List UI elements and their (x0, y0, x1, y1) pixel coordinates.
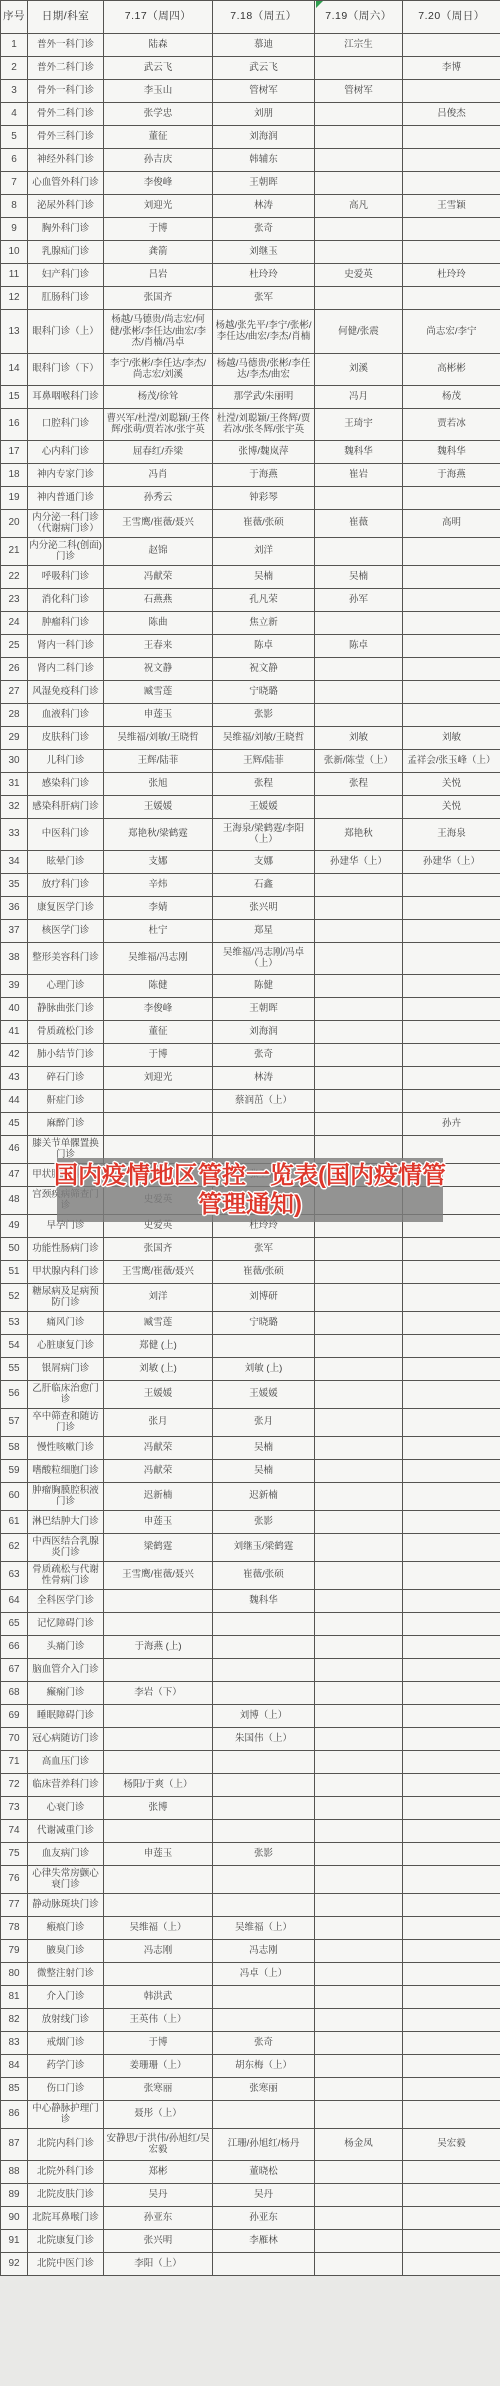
table-row: 34眩晕门诊支娜支娜孙建华（上）孙建华（上） (1, 850, 500, 873)
schedule-cell-7-18: 孔凡荣 (213, 588, 315, 611)
schedule-cell-7-19 (315, 896, 403, 919)
schedule-cell-7-20 (403, 1750, 500, 1773)
row-number-cell: 15 (1, 385, 28, 408)
row-number-cell: 91 (1, 2229, 28, 2252)
schedule-cell-7-18: 刘洋 (213, 537, 315, 565)
schedule-cell-7-17: 陈曲 (104, 611, 213, 634)
department-cell: 骨质疏松与代谢性骨病门诊 (28, 1561, 104, 1589)
schedule-cell-7-18: 郑星 (213, 919, 315, 942)
schedule-cell-7-20 (403, 2077, 500, 2100)
schedule-cell-7-17 (104, 1589, 213, 1612)
department-cell: 冠心病随访门诊 (28, 1727, 104, 1750)
schedule-cell-7-17: 曹兴军/杜滢/刘聪颖/王佟辉/张萌/贾若冰/张宇英 (104, 408, 213, 440)
schedule-cell-7-18 (213, 2252, 315, 2275)
table-row: 77静动脉斑块门诊 (1, 1893, 500, 1916)
row-number-cell: 75 (1, 1842, 28, 1865)
schedule-cell-7-17: 孙亚东 (104, 2206, 213, 2229)
schedule-cell-7-20 (403, 1260, 500, 1283)
schedule-cell-7-18: 吴丹 (213, 2183, 315, 2206)
schedule-cell-7-18 (213, 2008, 315, 2031)
department-cell: 肺小结节门诊 (28, 1043, 104, 1066)
schedule-cell-7-17: 屈春红/乔梁 (104, 440, 213, 463)
schedule-cell-7-18 (213, 2100, 315, 2128)
department-cell: 心衰门诊 (28, 1796, 104, 1819)
table-row: 10乳腺疝门诊龚箭刘继玉 (1, 241, 500, 264)
table-row: 82放射线门诊王英伟（上） (1, 2008, 500, 2031)
schedule-cell-7-20 (403, 2031, 500, 2054)
table-row: 76心律失常房颤心衰门诊 (1, 1865, 500, 1893)
table-row: 15耳鼻咽喉科门诊杨茂/徐耸那学武/朱丽明冯月杨茂 (1, 385, 500, 408)
row-number-cell: 42 (1, 1043, 28, 1066)
table-row: 17心内科门诊屈春红/乔梁张博/魏岚萍魏科华魏科华 (1, 440, 500, 463)
row-number-cell: 10 (1, 241, 28, 264)
schedule-cell-7-19 (315, 680, 403, 703)
row-number-cell: 23 (1, 588, 28, 611)
schedule-cell-7-17: 李俊峰 (104, 172, 213, 195)
schedule-cell-7-20 (403, 1311, 500, 1334)
schedule-cell-7-19 (315, 1561, 403, 1589)
row-number-cell: 44 (1, 1089, 28, 1112)
schedule-cell-7-17: 迟新楠 (104, 1482, 213, 1510)
schedule-cell-7-20 (403, 1334, 500, 1357)
schedule-cell-7-19 (315, 1727, 403, 1750)
department-cell: 静脉曲张门诊 (28, 997, 104, 1020)
schedule-cell-7-19 (315, 2229, 403, 2252)
row-number-cell: 58 (1, 1436, 28, 1459)
row-number-cell: 7 (1, 172, 28, 195)
schedule-cell-7-20 (403, 1066, 500, 1089)
department-cell: 神内专家门诊 (28, 463, 104, 486)
row-number-cell: 37 (1, 919, 28, 942)
schedule-cell-7-17: 孙秀云 (104, 486, 213, 509)
schedule-cell-7-17: 吴丹 (104, 2183, 213, 2206)
schedule-cell-7-20 (403, 1561, 500, 1589)
table-row: 4骨外二科门诊张学忠刘朋吕俊杰 (1, 103, 500, 126)
table-row: 30儿科门诊王辉/陆菲王辉/陆菲张新/陈莹（上）孟祥会/张玉峰（上） (1, 749, 500, 772)
table-row: 89北院皮肤门诊吴丹吴丹 (1, 2183, 500, 2206)
schedule-cell-7-20 (403, 1704, 500, 1727)
schedule-cell-7-18: 杨越/马德贵/张彬/李任达/李杰/曲宏 (213, 353, 315, 385)
schedule-cell-7-18: 钟彩琴 (213, 486, 315, 509)
schedule-cell-7-18: 张程 (213, 772, 315, 795)
schedule-cell-7-17: 韩洪武 (104, 1985, 213, 2008)
department-cell: 中医科门诊 (28, 818, 104, 850)
schedule-cell-7-20 (403, 1727, 500, 1750)
schedule-cell-7-17: 龚箭 (104, 241, 213, 264)
watermark-line-2: 管理通知) (198, 1190, 302, 1219)
department-cell: 神内普通门诊 (28, 486, 104, 509)
row-number-cell: 19 (1, 486, 28, 509)
department-cell: 慢性咳嗽门诊 (28, 1436, 104, 1459)
table-row: 8泌尿外科门诊刘迎光林涛高凡王雪颖 (1, 195, 500, 218)
schedule-cell-7-20 (403, 2054, 500, 2077)
schedule-cell-7-20 (403, 1533, 500, 1561)
schedule-cell-7-20 (403, 1681, 500, 1704)
schedule-cell-7-18: 张奇 (213, 2031, 315, 2054)
schedule-cell-7-17: 申莲玉 (104, 1842, 213, 1865)
schedule-cell-7-19 (315, 1311, 403, 1334)
header-7-17: 7.17（周四） (104, 1, 213, 34)
schedule-cell-7-18: 陈卓 (213, 634, 315, 657)
department-cell: 碎石门诊 (28, 1066, 104, 1089)
department-cell: 普外一科门诊 (28, 34, 104, 57)
schedule-cell-7-20 (403, 241, 500, 264)
department-cell: 头痛门诊 (28, 1635, 104, 1658)
department-cell: 中西医结合乳腺炎门诊 (28, 1533, 104, 1561)
table-row: 27风湿免疫科门诊臧雪莲宁晓璐 (1, 680, 500, 703)
schedule-cell-7-20 (403, 1939, 500, 1962)
row-number-cell: 8 (1, 195, 28, 218)
schedule-cell-7-20: 于海燕 (403, 463, 500, 486)
schedule-cell-7-19 (315, 1089, 403, 1112)
schedule-cell-7-20 (403, 1819, 500, 1842)
schedule-cell-7-19 (315, 2077, 403, 2100)
schedule-cell-7-19 (315, 1773, 403, 1796)
schedule-cell-7-19 (315, 2031, 403, 2054)
table-row: 2普外二科门诊武云飞武云飞李博 (1, 57, 500, 80)
table-row: 83戒烟门诊于博张奇 (1, 2031, 500, 2054)
table-row: 75血友病门诊申莲玉张影 (1, 1842, 500, 1865)
row-number-cell: 12 (1, 287, 28, 310)
schedule-cell-7-17: 杨茂/徐耸 (104, 385, 213, 408)
row-number-cell: 57 (1, 1408, 28, 1436)
table-row: 11妇产科门诊吕岩杜玲玲史爱英杜玲玲 (1, 264, 500, 287)
schedule-cell-7-18 (213, 1773, 315, 1796)
department-cell: 神经外科门诊 (28, 149, 104, 172)
row-number-cell: 86 (1, 2100, 28, 2128)
department-cell: 眩晕门诊 (28, 850, 104, 873)
schedule-cell-7-20 (403, 873, 500, 896)
schedule-cell-7-19 (315, 1865, 403, 1893)
table-row: 86中心静脉护理门诊聂彤（上） (1, 2100, 500, 2128)
row-number-cell: 50 (1, 1237, 28, 1260)
schedule-cell-7-18 (213, 1819, 315, 1842)
department-cell: 心血管外科门诊 (28, 172, 104, 195)
department-cell: 口腔科门诊 (28, 408, 104, 440)
row-number-cell: 13 (1, 310, 28, 354)
row-number-cell: 17 (1, 440, 28, 463)
row-number-cell: 14 (1, 353, 28, 385)
schedule-cell-7-20 (403, 997, 500, 1020)
department-cell: 腋臭门诊 (28, 1939, 104, 1962)
duty-schedule-table: 序号 日期/科室 7.17（周四） 7.18（周五） 7.19（周六） 7.20… (0, 0, 500, 2276)
schedule-cell-7-18 (213, 1681, 315, 1704)
schedule-cell-7-19 (315, 57, 403, 80)
table-row: 69睡眠障碍门诊刘博（上） (1, 1704, 500, 1727)
schedule-cell-7-19 (315, 1704, 403, 1727)
table-row: 54心脏康复门诊郑健 (上) (1, 1334, 500, 1357)
schedule-cell-7-18: 崔薇/张硕 (213, 509, 315, 537)
department-cell: 高血压门诊 (28, 1750, 104, 1773)
schedule-cell-7-19 (315, 942, 403, 974)
row-number-cell: 85 (1, 2077, 28, 2100)
row-number-cell: 78 (1, 1916, 28, 1939)
table-row: 1普外一科门诊陆森慕迪江宗生 (1, 34, 500, 57)
schedule-cell-7-19: 崔岩 (315, 463, 403, 486)
department-cell: 临床营养科门诊 (28, 1773, 104, 1796)
schedule-cell-7-19 (315, 1020, 403, 1043)
schedule-cell-7-20: 杜玲玲 (403, 264, 500, 287)
schedule-cell-7-17: 臧雪莲 (104, 680, 213, 703)
schedule-cell-7-17: 王媛媛 (104, 795, 213, 818)
row-number-cell: 35 (1, 873, 28, 896)
table-row: 59嗜酸粒细胞门诊冯献荣吴楠 (1, 1459, 500, 1482)
table-row: 72临床营养科门诊杨阳/于爽（上） (1, 1773, 500, 1796)
schedule-cell-7-20 (403, 2160, 500, 2183)
department-cell: 记忆障碍门诊 (28, 1612, 104, 1635)
row-number-cell: 11 (1, 264, 28, 287)
schedule-cell-7-17: 于博 (104, 218, 213, 241)
row-number-cell: 61 (1, 1510, 28, 1533)
table-row: 55银屑病门诊刘敏 (上)刘敏 (上) (1, 1357, 500, 1380)
schedule-cell-7-20 (403, 1962, 500, 1985)
schedule-cell-7-20 (403, 1658, 500, 1681)
schedule-cell-7-18: 冯卓（上） (213, 1962, 315, 1985)
department-cell: 骨质疏松门诊 (28, 1020, 104, 1043)
table-row: 79腋臭门诊冯志刚冯志刚 (1, 1939, 500, 1962)
schedule-cell-7-19 (315, 1635, 403, 1658)
header-7-19: 7.19（周六） (315, 1, 403, 34)
table-row: 60肿瘤胸膜腔积液门诊迟新楠迟新楠 (1, 1482, 500, 1510)
row-number-cell: 16 (1, 408, 28, 440)
schedule-cell-7-18 (213, 1985, 315, 2008)
schedule-cell-7-18 (213, 1796, 315, 1819)
schedule-cell-7-18: 李雁林 (213, 2229, 315, 2252)
row-number-cell: 47 (1, 1163, 28, 1186)
schedule-cell-7-18: 刘敏 (上) (213, 1357, 315, 1380)
schedule-cell-7-18: 张奇 (213, 218, 315, 241)
schedule-cell-7-18: 林涛 (213, 195, 315, 218)
schedule-cell-7-19 (315, 537, 403, 565)
schedule-cell-7-19 (315, 1408, 403, 1436)
schedule-cell-7-18: 朱国伟（上） (213, 1727, 315, 1750)
schedule-cell-7-19 (315, 1510, 403, 1533)
schedule-cell-7-18: 刘继玉/梁鹤霆 (213, 1533, 315, 1561)
row-number-cell: 6 (1, 149, 28, 172)
department-cell: 心内科门诊 (28, 440, 104, 463)
department-cell: 骨外三科门诊 (28, 126, 104, 149)
department-cell: 肾内二科门诊 (28, 657, 104, 680)
row-number-cell: 43 (1, 1066, 28, 1089)
department-cell: 放疗科门诊 (28, 873, 104, 896)
schedule-cell-7-19: 张新/陈莹（上） (315, 749, 403, 772)
schedule-cell-7-17: 申莲玉 (104, 703, 213, 726)
schedule-cell-7-19 (315, 997, 403, 1020)
schedule-cell-7-20: 魏科华 (403, 440, 500, 463)
schedule-cell-7-19 (315, 1681, 403, 1704)
schedule-cell-7-20 (403, 2183, 500, 2206)
header-row: 序号 日期/科室 7.17（周四） 7.18（周五） 7.19（周六） 7.20… (1, 1, 500, 34)
schedule-cell-7-18: 张影 (213, 1510, 315, 1533)
schedule-cell-7-20 (403, 1283, 500, 1311)
table-row: 74代谢减重门诊 (1, 1819, 500, 1842)
table-row: 91北院康复门诊张兴明李雁林 (1, 2229, 500, 2252)
schedule-cell-7-17: 赵锦 (104, 537, 213, 565)
department-cell: 介入门诊 (28, 1985, 104, 2008)
schedule-cell-7-18: 迟新楠 (213, 1482, 315, 1510)
row-number-cell: 18 (1, 463, 28, 486)
schedule-cell-7-20 (403, 287, 500, 310)
schedule-cell-7-18: 张军 (213, 287, 315, 310)
department-cell: 感染科门诊 (28, 772, 104, 795)
table-row: 19神内普通门诊孙秀云钟彩琴 (1, 486, 500, 509)
schedule-cell-7-19: 高凡 (315, 195, 403, 218)
schedule-cell-7-19: 冯月 (315, 385, 403, 408)
department-cell: 感染科肝病门诊 (28, 795, 104, 818)
schedule-cell-7-20: 王海泉 (403, 818, 500, 850)
schedule-cell-7-20: 高明 (403, 509, 500, 537)
row-number-cell: 64 (1, 1589, 28, 1612)
schedule-cell-7-20 (403, 1436, 500, 1459)
department-cell: 眼科门诊（下） (28, 353, 104, 385)
department-cell: 血友病门诊 (28, 1842, 104, 1865)
row-number-cell: 55 (1, 1357, 28, 1380)
schedule-cell-7-18 (213, 1750, 315, 1773)
schedule-cell-7-17: 冯志刚 (104, 1939, 213, 1962)
table-row: 25肾内一科门诊王春来陈卓陈卓 (1, 634, 500, 657)
row-number-cell: 66 (1, 1635, 28, 1658)
department-cell: 癫痫门诊 (28, 1681, 104, 1704)
schedule-cell-7-20 (403, 657, 500, 680)
table-row: 24肿瘤科门诊陈曲焦立新 (1, 611, 500, 634)
row-number-cell: 2 (1, 57, 28, 80)
table-row: 66头痛门诊于海燕 (上) (1, 1635, 500, 1658)
row-number-cell: 28 (1, 703, 28, 726)
schedule-cell-7-19 (315, 2183, 403, 2206)
table-row: 87北院内科门诊安静思/于洪伟/孙旭红/吴宏毅江珊/孙旭红/杨丹杨金凤吴宏毅 (1, 2128, 500, 2160)
schedule-cell-7-19 (315, 1962, 403, 1985)
schedule-cell-7-18: 王媛媛 (213, 795, 315, 818)
schedule-cell-7-19 (315, 703, 403, 726)
schedule-cell-7-17: 梁鹤霆 (104, 1533, 213, 1561)
table-row: 33中医科门诊郑艳秋/梁鹤霆王海泉/梁鹤霆/李阳（上）郑艳秋王海泉 (1, 818, 500, 850)
department-cell: 嗜酸粒细胞门诊 (28, 1459, 104, 1482)
row-number-cell: 74 (1, 1819, 28, 1842)
schedule-cell-7-19 (315, 2206, 403, 2229)
schedule-cell-7-20 (403, 1510, 500, 1533)
department-cell: 呼吸科门诊 (28, 565, 104, 588)
schedule-cell-7-19 (315, 2252, 403, 2275)
schedule-cell-7-17: 王媛媛 (104, 1380, 213, 1408)
schedule-cell-7-18: 管树军 (213, 80, 315, 103)
schedule-cell-7-20 (403, 680, 500, 703)
row-number-cell: 56 (1, 1380, 28, 1408)
department-cell: 骨外一科门诊 (28, 80, 104, 103)
row-number-cell: 31 (1, 772, 28, 795)
schedule-cell-7-19 (315, 241, 403, 264)
schedule-cell-7-19 (315, 1066, 403, 1089)
department-cell: 血液科门诊 (28, 703, 104, 726)
department-cell: 伤口门诊 (28, 2077, 104, 2100)
department-cell: 耳鼻咽喉科门诊 (28, 385, 104, 408)
schedule-cell-7-20 (403, 1408, 500, 1436)
schedule-cell-7-18: 王朝晖 (213, 172, 315, 195)
department-cell: 消化科门诊 (28, 588, 104, 611)
schedule-cell-7-19 (315, 149, 403, 172)
row-number-cell: 30 (1, 749, 28, 772)
department-cell: 北院内科门诊 (28, 2128, 104, 2160)
schedule-cell-7-17: 李俊峰 (104, 997, 213, 1020)
schedule-cell-7-17: 王辉/陆菲 (104, 749, 213, 772)
schedule-cell-7-19: 孙建华（上） (315, 850, 403, 873)
schedule-cell-7-20 (403, 1635, 500, 1658)
schedule-cell-7-18: 王朝晖 (213, 997, 315, 1020)
schedule-cell-7-19 (315, 2054, 403, 2077)
schedule-cell-7-20 (403, 1357, 500, 1380)
schedule-cell-7-19 (315, 218, 403, 241)
schedule-cell-7-18: 魏科华 (213, 1589, 315, 1612)
department-cell: 卒中筛查和随访门诊 (28, 1408, 104, 1436)
table-row: 21内分泌二科(创面) 门诊赵锦刘洋 (1, 537, 500, 565)
row-number-cell: 80 (1, 1962, 28, 1985)
schedule-cell-7-17 (104, 1727, 213, 1750)
row-number-cell: 82 (1, 2008, 28, 2031)
department-cell: 戒烟门诊 (28, 2031, 104, 2054)
department-cell: 药学门诊 (28, 2054, 104, 2077)
schedule-cell-7-18: 张影 (213, 1842, 315, 1865)
schedule-cell-7-18 (213, 1658, 315, 1681)
schedule-cell-7-17: 吴维福/刘敏/王晓哲 (104, 726, 213, 749)
schedule-cell-7-18: 刘继玉 (213, 241, 315, 264)
schedule-cell-7-20 (403, 974, 500, 997)
table-row: 52糖尿病及足病预防门诊刘洋刘博研 (1, 1283, 500, 1311)
row-number-cell: 62 (1, 1533, 28, 1561)
row-number-cell: 87 (1, 2128, 28, 2160)
table-row: 90北院耳鼻喉门诊孙亚东孙亚东 (1, 2206, 500, 2229)
department-cell: 银屑病门诊 (28, 1357, 104, 1380)
row-number-cell: 4 (1, 103, 28, 126)
schedule-cell-7-20: 贾若冰 (403, 408, 500, 440)
row-number-cell: 27 (1, 680, 28, 703)
row-number-cell: 51 (1, 1260, 28, 1283)
department-cell: 核医学门诊 (28, 919, 104, 942)
schedule-cell-7-19 (315, 657, 403, 680)
department-cell: 麻醉门诊 (28, 1112, 104, 1135)
department-cell: 脑血管介入门诊 (28, 1658, 104, 1681)
schedule-cell-7-20 (403, 172, 500, 195)
row-number-cell: 92 (1, 2252, 28, 2275)
department-cell: 肾内一科门诊 (28, 634, 104, 657)
schedule-cell-7-20 (403, 2229, 500, 2252)
table-row: 20内分泌一科门诊（代谢病门诊）王雪鹰/崔薇/聂兴崔薇/张硕崔薇高明 (1, 509, 500, 537)
schedule-cell-7-18: 王辉/陆菲 (213, 749, 315, 772)
schedule-cell-7-20 (403, 1893, 500, 1916)
schedule-cell-7-17: 于博 (104, 1043, 213, 1066)
department-cell: 乳腺疝门诊 (28, 241, 104, 264)
row-number-cell: 89 (1, 2183, 28, 2206)
department-cell: 肿瘤胸膜腔积液门诊 (28, 1482, 104, 1510)
schedule-cell-7-20 (403, 703, 500, 726)
table-row: 26肾内二科门诊祝文静祝文静 (1, 657, 500, 680)
schedule-cell-7-19 (315, 1043, 403, 1066)
department-cell: 睡眠障碍门诊 (28, 1704, 104, 1727)
schedule-cell-7-17: 石燕燕 (104, 588, 213, 611)
schedule-cell-7-17: 王雪鹰/崔薇/聂兴 (104, 1260, 213, 1283)
department-cell: 甲状腺内科门诊 (28, 1260, 104, 1283)
schedule-cell-7-19: 王琦宇 (315, 408, 403, 440)
row-number-cell: 22 (1, 565, 28, 588)
schedule-cell-7-17: 张月 (104, 1408, 213, 1436)
schedule-cell-7-18: 冯志刚 (213, 1939, 315, 1962)
schedule-cell-7-19 (315, 2160, 403, 2183)
schedule-cell-7-20: 高彬彬 (403, 353, 500, 385)
row-number-cell: 32 (1, 795, 28, 818)
schedule-cell-7-18: 支娜 (213, 850, 315, 873)
department-cell: 皮肤科门诊 (28, 726, 104, 749)
row-number-cell: 77 (1, 1893, 28, 1916)
department-cell: 中心静脉护理门诊 (28, 2100, 104, 2128)
schedule-cell-7-19 (315, 611, 403, 634)
